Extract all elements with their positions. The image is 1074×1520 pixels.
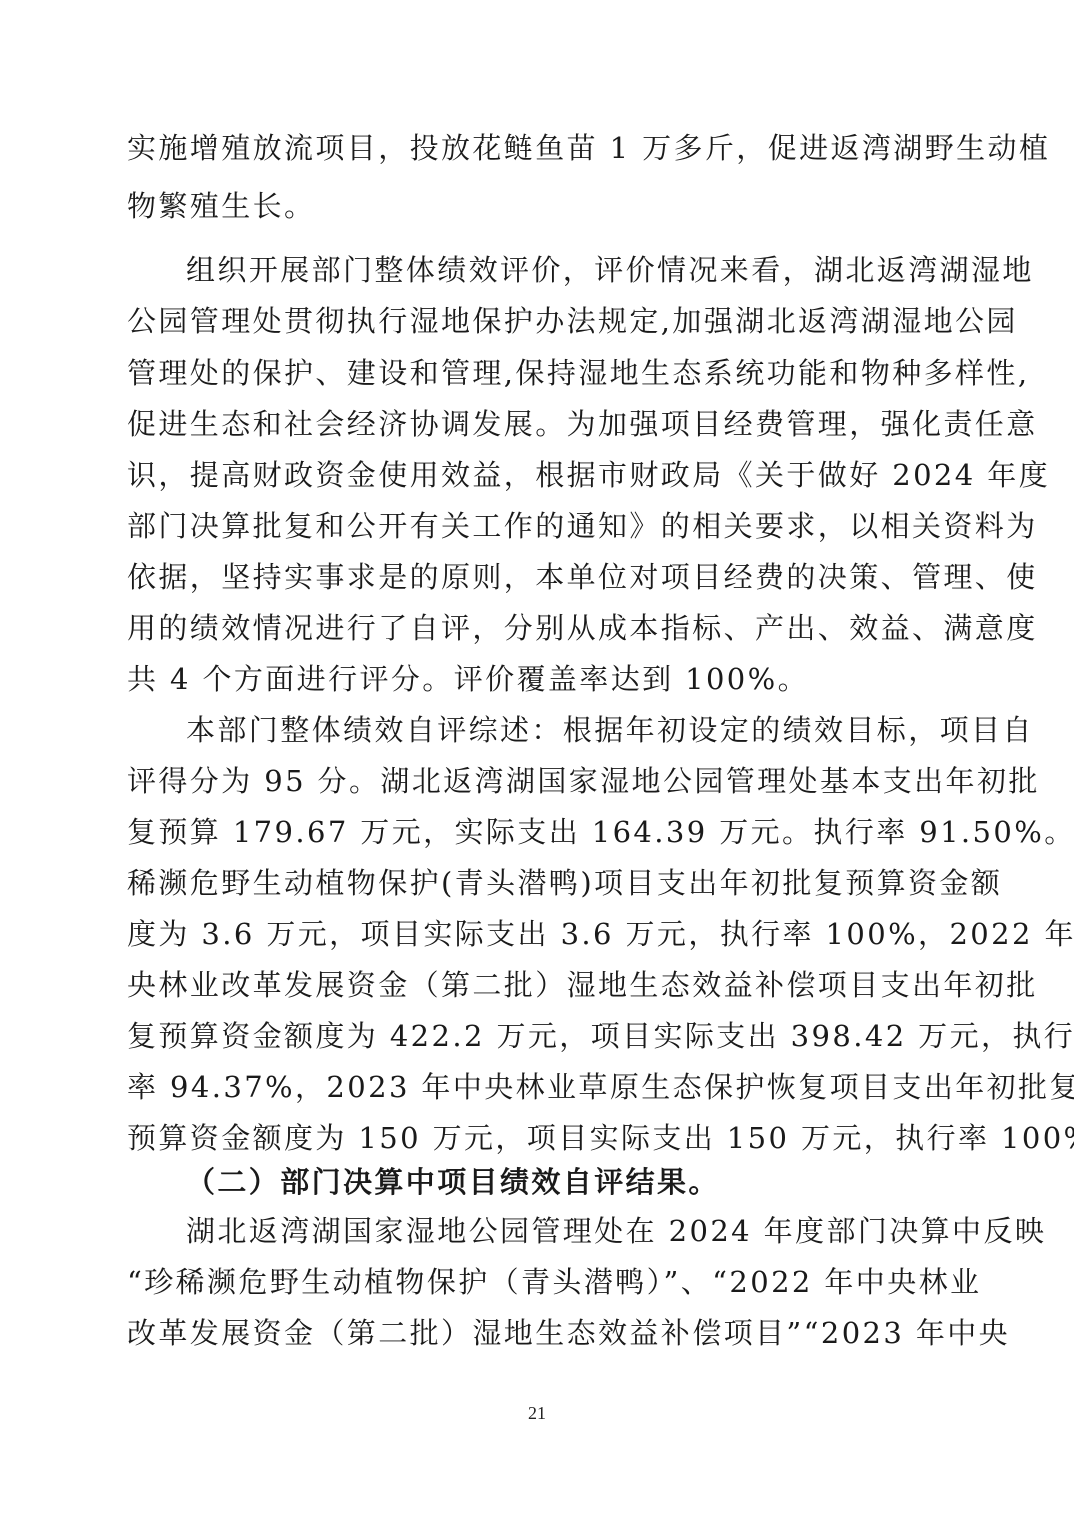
paragraph-line: 度为 3.6 万元，项目实际支出 3.6 万元，执行率 100%，2022 年中	[127, 914, 947, 954]
paragraph-line: 率 94.37%，2023 年中央林业草原生态保护恢复项目支出年初批复	[127, 1067, 947, 1107]
page-number: 21	[0, 1403, 1074, 1424]
paragraph-line: 复预算 179.67 万元，实际支出 164.39 万元。执行率 91.50%。…	[127, 812, 947, 852]
paragraph-line: 预算资金额度为 150 万元，项目实际支出 150 万元，执行率 100%。	[127, 1118, 947, 1158]
paragraph-line: “珍稀濒危野生动植物保护（青头潜鸭）”、“2022 年中央林业	[127, 1262, 947, 1302]
paragraph-line: 改革发展资金（第二批）湿地生态效益补偿项目”“2023 年中央	[127, 1313, 947, 1353]
paragraph-line: 稀濒危野生动植物保护(青头潜鸭)项目支出年初批复预算资金额	[127, 863, 947, 903]
paragraph-line: 公园管理处贯彻执行湿地保护办法规定,加强湖北返湾湖湿地公园	[127, 301, 947, 341]
paragraph-line: 湖北返湾湖国家湿地公园管理处在 2024 年度部门决算中反映	[186, 1211, 947, 1251]
paragraph-line: 央林业改革发展资金（第二批）湿地生态效益补偿项目支出年初批	[127, 965, 947, 1005]
paragraph-line: 共 4 个方面进行评分。评价覆盖率达到 100%。	[127, 659, 947, 699]
section-heading: （二）部门决算中项目绩效自评结果。	[186, 1162, 947, 1202]
paragraph-line: 用的绩效情况进行了自评，分别从成本指标、产出、效益、满意度	[127, 608, 947, 648]
document-page: 实施增殖放流项目，投放花鲢鱼苗 1 万多斤，促进返湾湖野生动植 物繁殖生长。 组…	[0, 0, 1074, 1520]
paragraph-line: 促进生态和社会经济协调发展。为加强项目经费管理，强化责任意	[127, 404, 947, 444]
paragraph-line: 实施增殖放流项目，投放花鲢鱼苗 1 万多斤，促进返湾湖野生动植	[127, 128, 947, 168]
paragraph-line: 本部门整体绩效自评综述：根据年初设定的绩效目标，项目自	[186, 710, 947, 750]
paragraph-line: 组织开展部门整体绩效评价，评价情况来看，湖北返湾湖湿地	[186, 250, 947, 290]
paragraph-line: 识，提高财政资金使用效益，根据市财政局《关于做好 2024 年度	[127, 455, 947, 495]
paragraph-line: 物繁殖生长。	[127, 186, 947, 226]
paragraph-line: 管理处的保护、建设和管理,保持湿地生态系统功能和物种多样性,	[127, 353, 947, 393]
paragraph-line: 复预算资金额度为 422.2 万元，项目实际支出 398.42 万元，执行	[127, 1016, 947, 1056]
paragraph-line: 依据，坚持实事求是的原则，本单位对项目经费的决策、管理、使	[127, 557, 947, 597]
paragraph-line: 评得分为 95 分。湖北返湾湖国家湿地公园管理处基本支出年初批	[127, 761, 947, 801]
paragraph-line: 部门决算批复和公开有关工作的通知》的相关要求，以相关资料为	[127, 506, 947, 546]
